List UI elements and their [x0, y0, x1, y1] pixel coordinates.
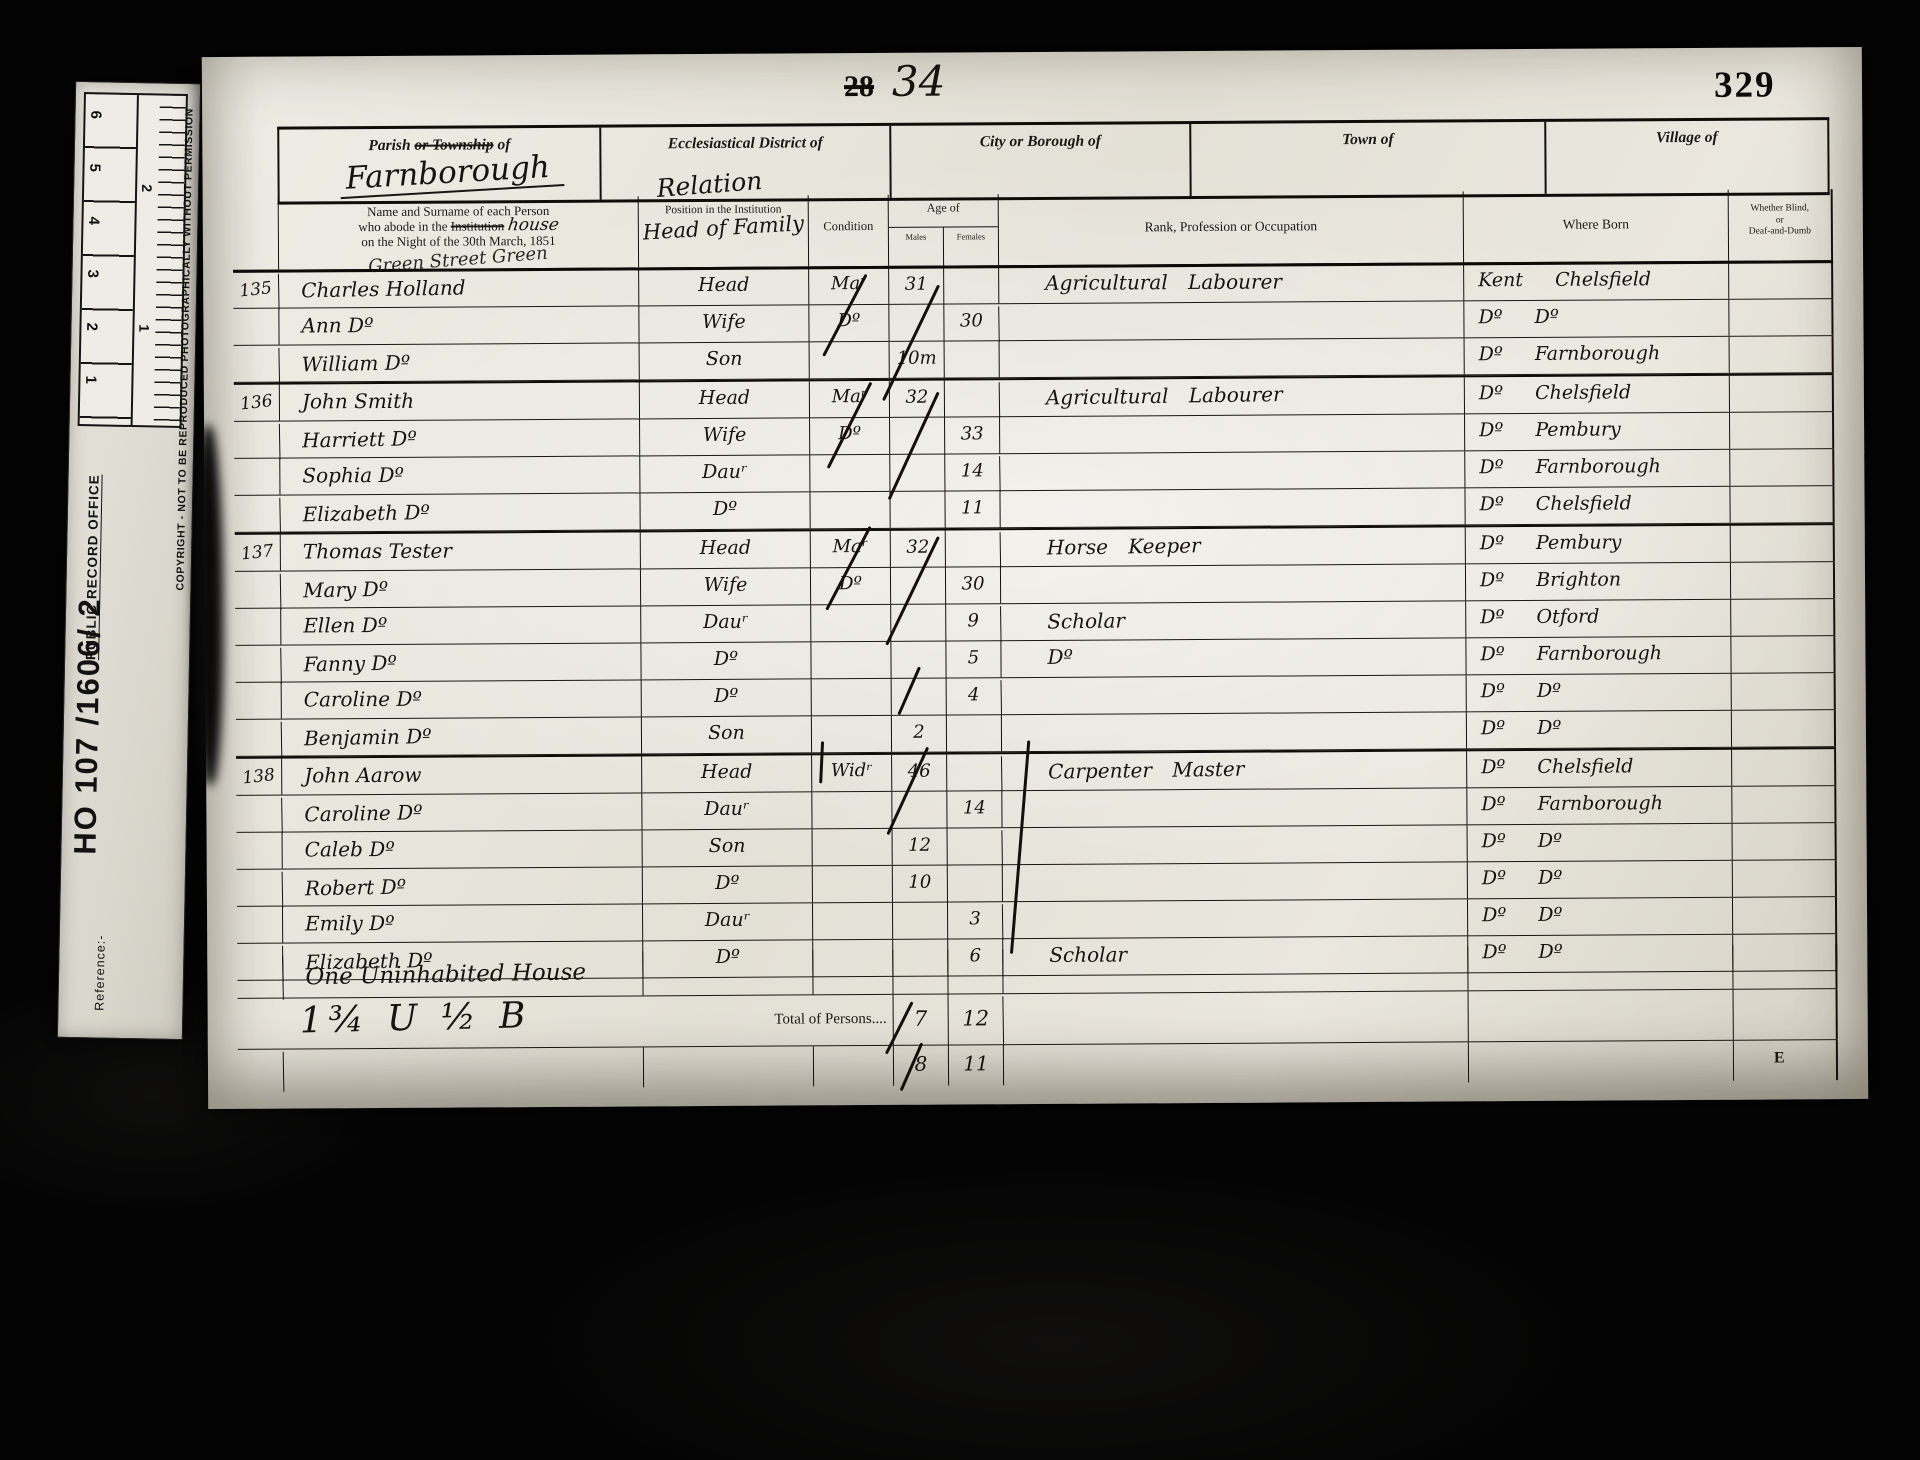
archive-reference-number: HO 107 /1606/ 2 — [67, 597, 108, 855]
where-born-value: Dº Dº — [1467, 898, 1732, 936]
blind-header-line2: or — [1729, 215, 1831, 227]
town-cell: Town of — [1189, 122, 1544, 196]
ruler-inch-number: 1 — [82, 375, 99, 384]
ruler-inch-number: 4 — [85, 216, 102, 225]
infirmity-value — [1730, 599, 1835, 636]
where-born-value: Dº Otford — [1465, 600, 1730, 638]
condition-value: Maʳ — [808, 268, 888, 304]
age-female-value — [943, 267, 998, 303]
occupation-value — [1001, 823, 1466, 866]
where-born-column-header: Where Born — [1463, 190, 1728, 263]
person-name: Caroline Dº — [281, 680, 641, 718]
condition-value — [809, 492, 889, 528]
infirmity-value — [1728, 299, 1833, 336]
age-male-value: 46 — [891, 755, 946, 791]
where-born-value: Dº Pembury — [1465, 526, 1730, 564]
relation-value: Dauʳ — [642, 903, 812, 940]
person-name: Robert Dº — [282, 865, 643, 908]
age-female-value — [947, 865, 1002, 901]
book-number-hand: 34 — [892, 57, 946, 106]
ecclesiastical-district-label: Ecclesiastical District of — [668, 134, 823, 152]
blind-header-line3: Deaf-and-Dumb — [1729, 226, 1831, 238]
where-born-value: Dº Chelsfield — [1464, 487, 1729, 525]
schedule-number — [234, 643, 283, 684]
condition-value: Dº — [810, 568, 890, 604]
where-born-value: Dº Dº — [1467, 824, 1732, 862]
schedule-number — [235, 904, 284, 945]
infirmity-value — [1729, 412, 1834, 449]
occupation-value — [1000, 564, 1465, 603]
person-name: Ann Dº — [278, 306, 638, 344]
occupation-value — [998, 299, 1463, 342]
condition-value — [812, 903, 892, 939]
person-name: Sophia Dº — [279, 456, 639, 494]
age-header-label: Age of — [889, 194, 998, 228]
person-name: Fanny Dº — [280, 641, 641, 684]
condition-column-header: Condition — [808, 195, 888, 266]
person-name: Emily Dº — [282, 904, 642, 942]
age-male-value: 10 — [892, 866, 947, 902]
age-female-value: 5 — [945, 641, 1000, 677]
condition-value — [810, 605, 890, 641]
infirmity-value — [1729, 449, 1834, 486]
where-born-value: Dº Farnborough — [1464, 337, 1729, 375]
condition-value — [810, 642, 890, 678]
schedule-number — [233, 606, 282, 647]
ink-blotch — [194, 425, 224, 785]
person-name: Thomas Tester — [280, 532, 640, 570]
ruler-cm-number: 2 — [139, 184, 155, 192]
bottom-count-females: 11 — [948, 1045, 1003, 1085]
occupation-value — [1000, 673, 1465, 716]
name-header-line2-struck: Institution — [451, 218, 505, 233]
schedule-number: 138 — [234, 756, 283, 797]
occupation-value — [1001, 712, 1466, 751]
schedule-number — [232, 343, 281, 384]
relation-value: Dº — [640, 642, 810, 679]
infirmity-value — [1731, 749, 1836, 786]
where-born-value: Dº Farnborough — [1465, 637, 1730, 675]
age-females-subheader: Females — [943, 227, 998, 265]
ruler-inch-number: 2 — [83, 322, 100, 331]
condition-value — [812, 829, 892, 865]
occupation-value — [999, 338, 1464, 377]
relation-value: Dº — [641, 679, 811, 716]
schedule-number — [233, 569, 282, 610]
infirmity-value — [1730, 562, 1835, 599]
infirmity-value — [1730, 525, 1835, 562]
relation-value: Wife — [639, 418, 809, 455]
where-born-value: Dº Chelsfield — [1466, 750, 1731, 788]
age-female-value: 14 — [944, 454, 999, 490]
schedule-number — [235, 867, 284, 908]
age-female-value: 9 — [945, 604, 1000, 640]
relation-value: Head — [638, 268, 808, 305]
infirmity-value — [1729, 336, 1834, 373]
person-name: John Aarow — [281, 756, 641, 794]
age-male-value — [889, 492, 944, 528]
folio-number: 329 — [1714, 63, 1776, 106]
where-born-value: Kent Chelsfield — [1463, 263, 1728, 301]
ruler-cm-number: 1 — [136, 324, 152, 332]
infirmity-value — [1732, 860, 1837, 897]
village-label: Village of — [1656, 129, 1718, 146]
schedule-number — [235, 830, 284, 871]
ruler-inch-scale: 654321 — [80, 94, 139, 425]
name-header-line3: on the Night of the 30th March, 1851 — [279, 232, 638, 249]
person-name: William Dº — [278, 341, 639, 384]
occupation-value: Horse Keeper — [1000, 525, 1465, 568]
condition-value — [809, 455, 889, 491]
parish-cell: Parish or Township of Farnborough — [279, 128, 599, 202]
relation-column-header: Relation Position in the Institution Hea… — [638, 195, 808, 267]
where-born-value: Dº Dº — [1466, 711, 1731, 749]
parish-label-struck: or Township — [414, 136, 493, 153]
occupation-value — [999, 414, 1464, 453]
age-male-value — [892, 903, 947, 939]
infirmity-value — [1731, 786, 1836, 823]
schedule-number: 136 — [232, 382, 281, 423]
occupation-column-header: Rank, Profession or Occupation — [998, 191, 1463, 265]
infirmity-value — [1729, 375, 1834, 412]
schedule-number — [234, 717, 283, 758]
relation-value: Dº — [639, 492, 809, 529]
bottom-count-males: 8 — [893, 1046, 948, 1086]
schedule-number — [232, 306, 281, 347]
occupation-value — [999, 449, 1464, 492]
occupation-value — [1002, 862, 1467, 901]
blind-column-header: Whether Blind, or Deaf-and-Dumb — [1728, 189, 1833, 261]
infirmity-value — [1730, 636, 1835, 673]
ruler-inch-number: 5 — [86, 163, 103, 172]
person-name: Ellen Dº — [280, 606, 640, 644]
where-born-value: Dº Farnborough — [1466, 787, 1731, 825]
infirmity-value — [1731, 673, 1836, 710]
occupation-value — [1002, 897, 1467, 940]
town-label: Town of — [1342, 131, 1394, 148]
age-female-value — [947, 828, 1002, 864]
relation-value: Wife — [638, 305, 808, 342]
schedule-number — [235, 793, 284, 834]
ruler-inch-number: 3 — [84, 269, 101, 278]
book-number-struck: 28 — [844, 70, 874, 103]
schedule-number — [233, 456, 282, 497]
relation-value: Son — [641, 716, 811, 753]
occupation-value: Agricultural Labourer — [999, 375, 1464, 418]
census-page: 28 34 329 Parish or Township of Farnboro… — [202, 47, 1868, 1109]
ruler-inch-number: 6 — [87, 110, 104, 119]
schedule-number — [233, 493, 282, 534]
city-borough-label: City or Borough of — [980, 133, 1101, 151]
condition-value: Widʳ — [811, 755, 891, 791]
schedule-number: 135 — [231, 269, 280, 310]
age-male-value — [890, 568, 945, 604]
relation-value: Dauʳ — [641, 792, 811, 829]
bottom-count-row: 8 11 — [238, 1040, 1838, 1090]
archive-reference-strip: 654321 21 PUBLIC RECORD OFFICE HO 107 /1… — [57, 81, 201, 1040]
name-header-line2-pre: who abode in the — [358, 219, 447, 235]
age-female-value — [946, 754, 1001, 790]
where-born-value: Dº Farnborough — [1464, 450, 1729, 488]
infirmity-value — [1729, 486, 1834, 523]
occupation-value — [999, 488, 1464, 527]
age-female-value: 4 — [946, 678, 1001, 714]
condition-value — [811, 679, 891, 715]
relation-value: Dauʳ — [639, 455, 809, 492]
village-cell: Village of — [1544, 120, 1827, 194]
condition-value: Maʳ — [809, 381, 889, 417]
age-male-value — [889, 455, 944, 491]
corner-letter: E — [1774, 1049, 1785, 1067]
age-female-value: 14 — [946, 791, 1001, 827]
ruler-icon: 654321 21 — [78, 92, 188, 428]
person-name: Benjamin Dº — [281, 715, 642, 758]
person-name: Caroline Dº — [281, 791, 642, 834]
enumerator-tally-note: 1¾ U ½ B — [299, 995, 532, 1041]
occupation-value: Dº — [1000, 638, 1465, 677]
age-female-value — [945, 530, 1000, 566]
occupation-value: Scholar — [1000, 599, 1465, 642]
person-name: Charles Holland — [278, 267, 639, 310]
where-born-value: Dº Pembury — [1464, 413, 1729, 451]
where-born-value: Dº Brighton — [1465, 563, 1730, 601]
age-female-value: 11 — [944, 491, 999, 527]
age-male-value — [888, 305, 943, 341]
city-borough-cell: City or Borough of — [889, 124, 1189, 198]
relation-value: Head — [640, 531, 810, 568]
infirmity-value — [1732, 823, 1837, 860]
age-males-subheader: Males — [889, 228, 943, 266]
relation-value: Wife — [640, 568, 810, 605]
schedule-number-column-header — [233, 199, 278, 270]
person-name: Caleb Dº — [282, 830, 642, 868]
relation-value: Son — [642, 829, 812, 866]
schedule-number — [232, 419, 281, 460]
condition-value — [811, 792, 891, 828]
age-female-value: 3 — [947, 902, 1002, 938]
relation-value: Head — [641, 755, 811, 792]
where-born-value: Dº Dº — [1466, 674, 1731, 712]
age-female-value — [944, 380, 999, 416]
relation-value: Head — [639, 381, 809, 418]
occupation-value — [1001, 788, 1466, 827]
occupation-value: Agricultural Labourer — [998, 264, 1463, 303]
where-born-value: Dº Chelsfield — [1464, 376, 1729, 414]
relation-value: Dº — [642, 866, 812, 903]
age-column-header: Age of Males Females — [888, 194, 998, 266]
book-number-group: 28 34 — [844, 57, 946, 107]
condition-value — [812, 866, 892, 902]
relation-value: Son — [639, 342, 809, 379]
relation-value: Dauʳ — [640, 605, 810, 642]
schedule-number: 137 — [233, 532, 282, 573]
name-header-line2-hand: house — [506, 218, 559, 233]
age-female-value: 30 — [945, 567, 1000, 603]
person-name: Mary Dº — [280, 567, 641, 610]
total-females: 12 — [948, 994, 1003, 1044]
photo-background: 654321 21 PUBLIC RECORD OFFICE HO 107 /1… — [0, 0, 1920, 1460]
infirmity-value — [1731, 710, 1836, 747]
age-female-value — [944, 341, 999, 377]
uninhabited-note: One Uninhabited House — [282, 949, 643, 1000]
infirmity-value — [1732, 897, 1837, 934]
infirmity-value — [1728, 262, 1833, 299]
blind-header-line1: Whether Blind, — [1729, 203, 1831, 215]
age-female-value: 30 — [943, 304, 998, 340]
age-male-value: 31 — [888, 268, 943, 304]
age-female-value: 33 — [944, 417, 999, 453]
person-name: Elizabeth Dº — [279, 491, 640, 534]
where-born-value: Dº Dº — [1463, 300, 1728, 338]
occupation-value: Carpenter Master — [1001, 749, 1466, 792]
person-name: Harriett Dº — [279, 417, 640, 460]
age-male-value: 12 — [892, 829, 947, 865]
where-born-value: Dº Dº — [1467, 861, 1732, 899]
schedule-number — [234, 680, 283, 721]
archive-reference-label: Reference:- — [92, 934, 107, 1011]
person-name: John Smith — [279, 382, 639, 420]
condition-value — [809, 342, 889, 378]
parish-value: Farnborough — [339, 148, 565, 199]
age-male-value: 2 — [891, 716, 946, 752]
age-female-value — [946, 715, 1001, 751]
enumeration-rows: 135Charles HollandHeadMaʳ31Agricultural … — [233, 260, 1837, 981]
parish-label-pre: Parish — [368, 137, 410, 154]
